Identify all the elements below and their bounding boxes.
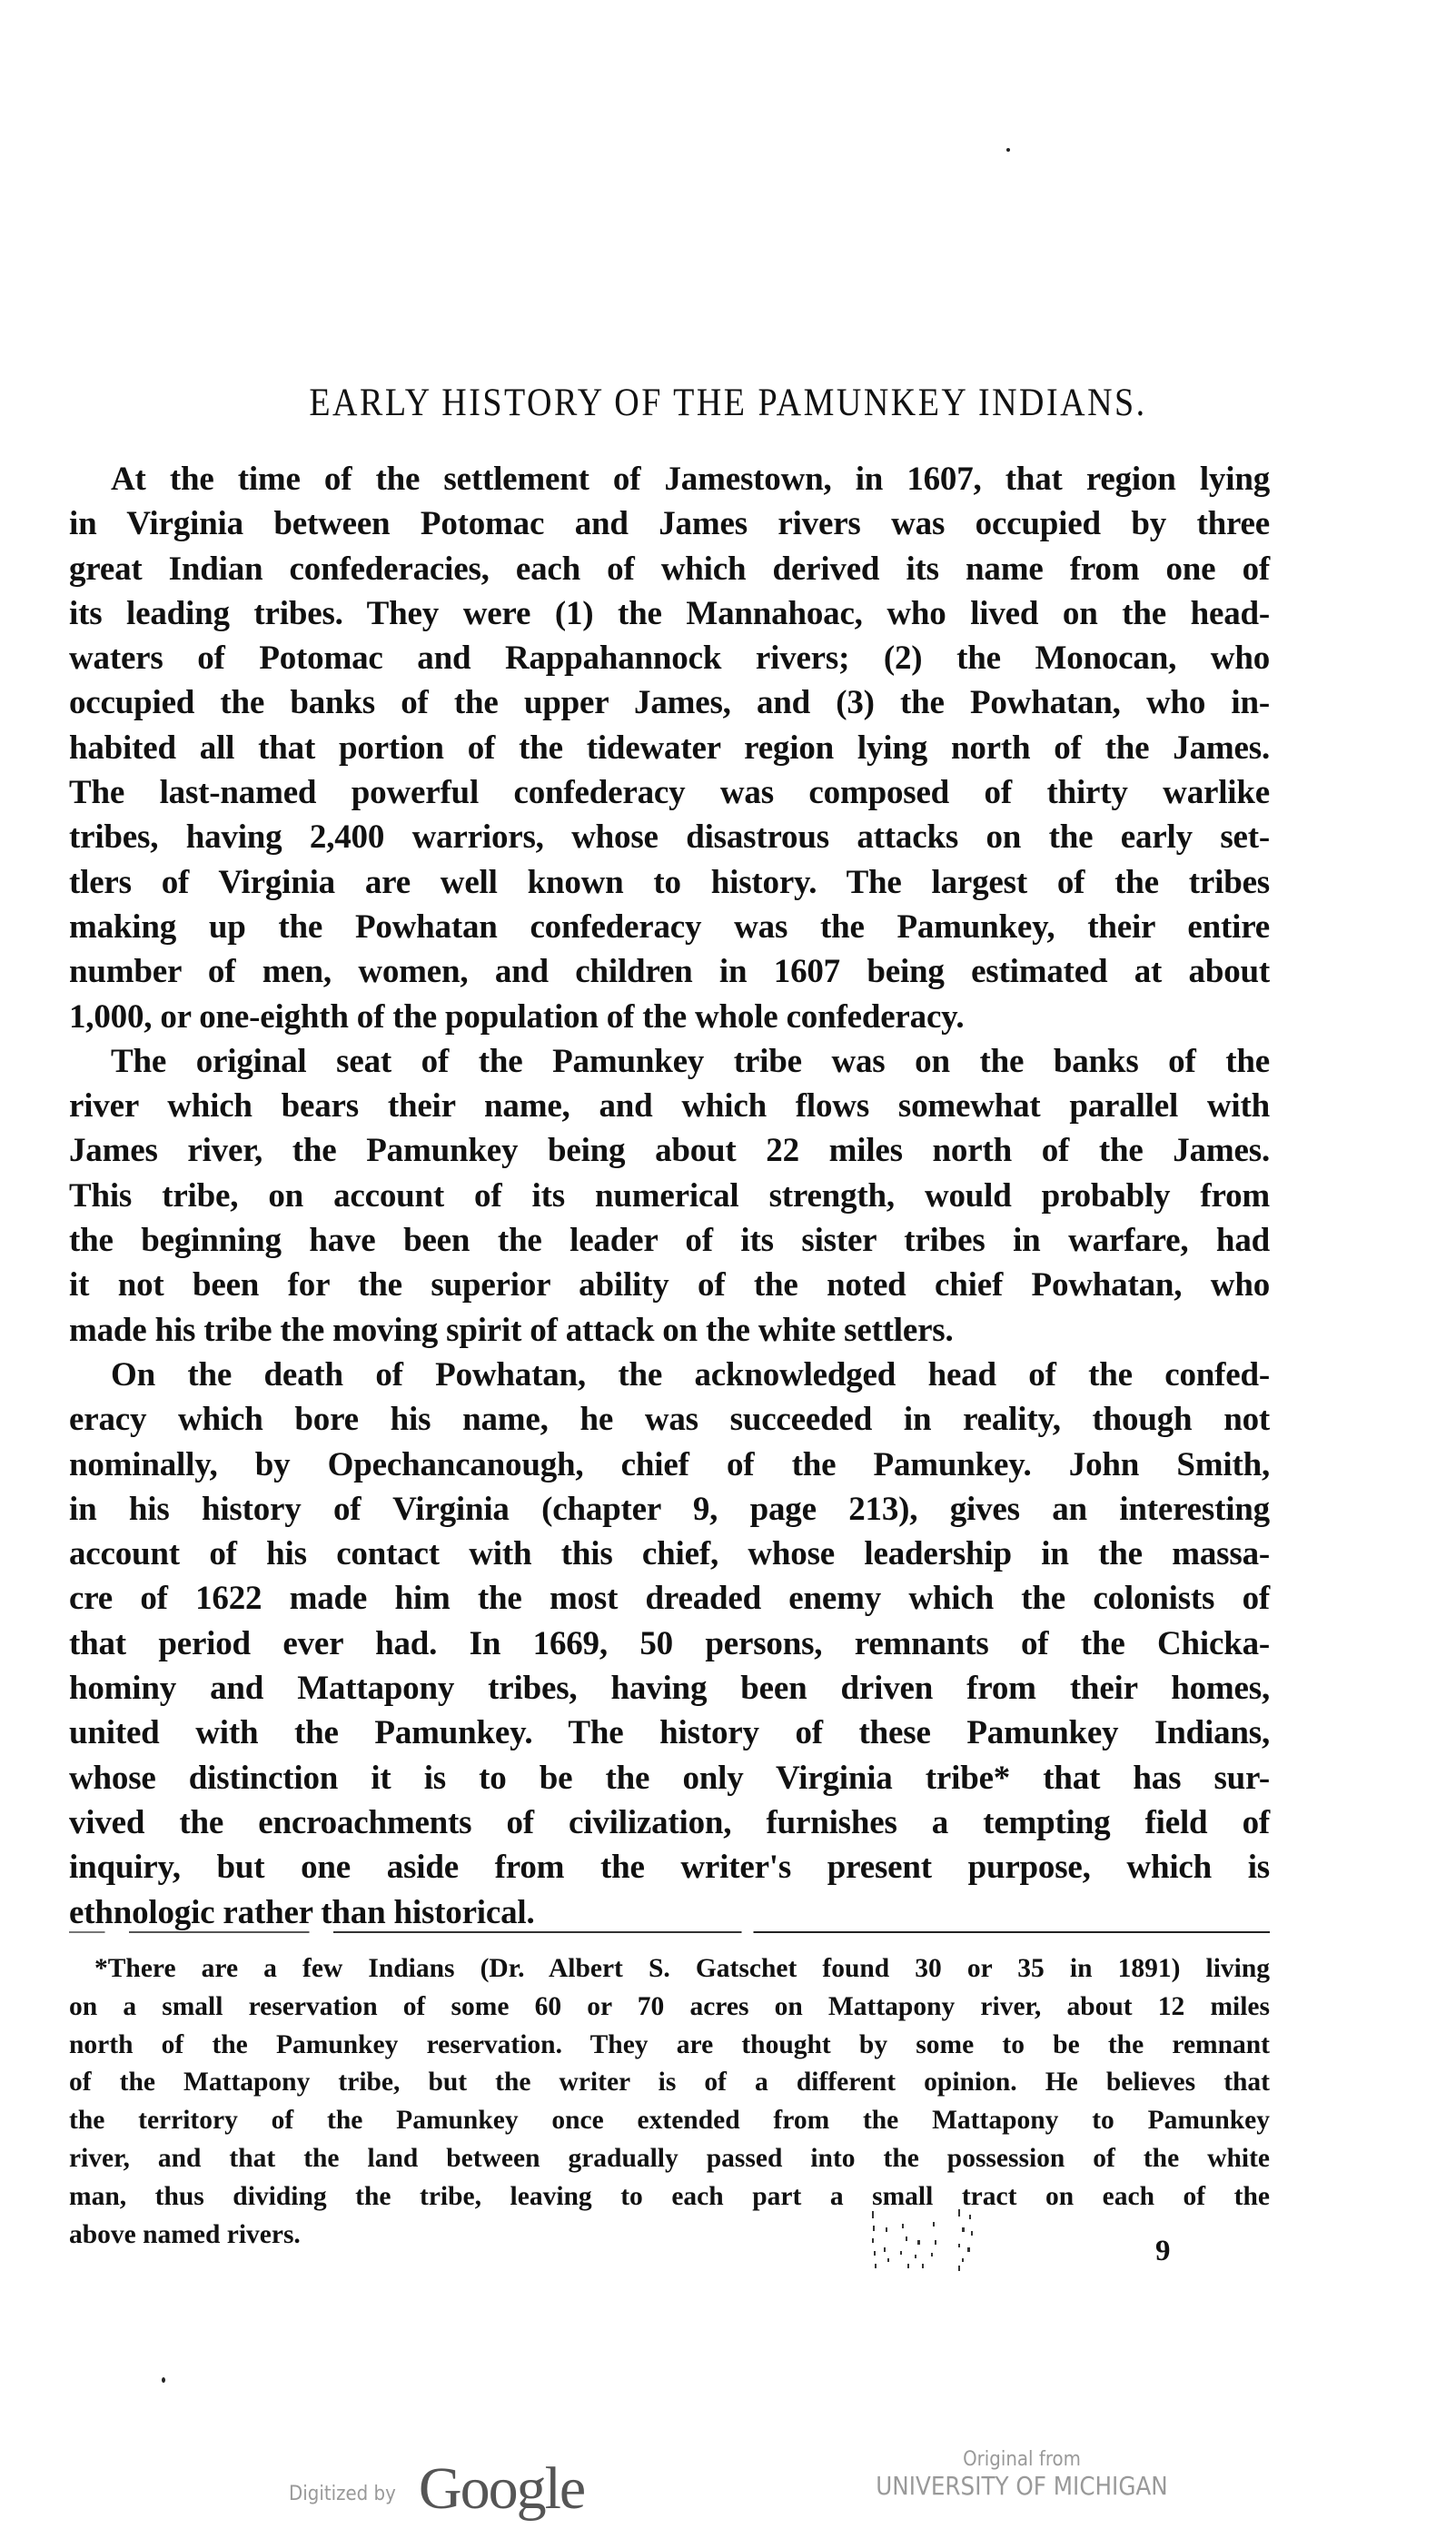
body-line: The last-named powerful confederacy was … [69,770,1270,815]
body-line: waters of Potomac and Rappahannock river… [69,636,1270,680]
body-line: great Indian confederacies, each of whic… [69,547,1270,591]
body-line: occupied the banks of the upper James, a… [69,680,1270,725]
scan-speck [1006,148,1010,152]
body-text: At the time of the settlement of Jamesto… [69,457,1270,1935]
digitized-by-label: Digitized by [289,2483,396,2505]
body-line: eracy which bore his name, he was succee… [69,1397,1270,1442]
body-line: number of men, women, and children in 16… [69,949,1270,994]
footnote-line: man, thus dividing the tribe, leaving to… [69,2178,1270,2217]
body-line: tlers of Virginia are well known to hist… [69,860,1270,905]
footnote-line: on a small reservation of some 60 or 70 … [69,1988,1270,2027]
footnote-line: north of the Pamunkey reservation. They … [69,2027,1270,2065]
body-line: ethnologic rather than historical. [69,1890,1270,1935]
footnote-line: of the Mattapony tribe, but the writer i… [69,2064,1270,2102]
page-title: EARLY HISTORY OF THE PAMUNKEY INDIANS. [0,380,1456,426]
original-from-label: Original from [838,2448,1206,2471]
original-source: Original from UNIVERSITY OF MICHIGAN [817,2448,1226,2501]
body-line: account of his contact with this chief, … [69,1532,1270,1576]
footnote-line: *There are a few Indians (Dr. Albert S. … [69,1950,1270,1988]
google-logo: Google [419,2462,584,2516]
body-line: cre of 1622 made him the most dreaded en… [69,1576,1270,1621]
body-line: it not been for the superior ability of … [69,1263,1270,1307]
body-line: that period ever had. In 1669, 50 person… [69,1622,1270,1666]
library-stamp-noise [867,2207,1085,2276]
scan-speck [162,2377,165,2383]
body-line: its leading tribes. They were (1) the Ma… [69,591,1270,636]
institution-name: UNIVERSITY OF MICHIGAN [842,2471,1202,2501]
body-line: inquiry, but one aside from the writer's… [69,1845,1270,1889]
body-line: in Virginia between Potomac and James ri… [69,501,1270,546]
body-line: in his history of Virginia (chapter 9, p… [69,1487,1270,1532]
body-line: hominy and Mattapony tribes, having been… [69,1666,1270,1711]
footnote-line: the territory of the Pamunkey once exten… [69,2102,1270,2140]
body-line: nominally, by Opechancanough, chief of t… [69,1443,1270,1487]
body-line: made his tribe the moving spirit of atta… [69,1308,1270,1353]
page-number: 9 [1155,2235,1171,2268]
scanned-book-page: EARLY HISTORY OF THE PAMUNKEY INDIANS. A… [0,0,1456,2529]
digitized-by-google: Digitized by Google [289,2453,584,2516]
body-line: the beginning have been the leader of it… [69,1218,1270,1263]
footnote-divider [69,1931,1270,1933]
footnote-line: river, and that the land between gradual… [69,2140,1270,2178]
body-line: 1,000, or one-eighth of the population o… [69,995,1270,1039]
body-line: James river, the Pamunkey being about 22… [69,1128,1270,1173]
body-line: At the time of the settlement of Jamesto… [69,457,1270,501]
body-line: The original seat of the Pamunkey tribe … [69,1039,1270,1084]
body-line: habited all that portion of the tidewate… [69,726,1270,770]
body-line: whose distinction it is to be the only V… [69,1756,1270,1800]
body-line: tribes, having 2,400 warriors, whose dis… [69,815,1270,859]
footnote: *There are a few Indians (Dr. Albert S. … [69,1950,1270,2254]
body-line: united with the Pamunkey. The history of… [69,1711,1270,1755]
body-line: making up the Powhatan confederacy was t… [69,905,1270,949]
body-line: vived the encroachments of civilization,… [69,1800,1270,1845]
body-line: On the death of Powhatan, the acknowledg… [69,1353,1270,1397]
footnote-line: above named rivers. [69,2217,1270,2255]
body-line: This tribe, on account of its numerical … [69,1174,1270,1218]
body-line: river which bears their name, and which … [69,1084,1270,1128]
